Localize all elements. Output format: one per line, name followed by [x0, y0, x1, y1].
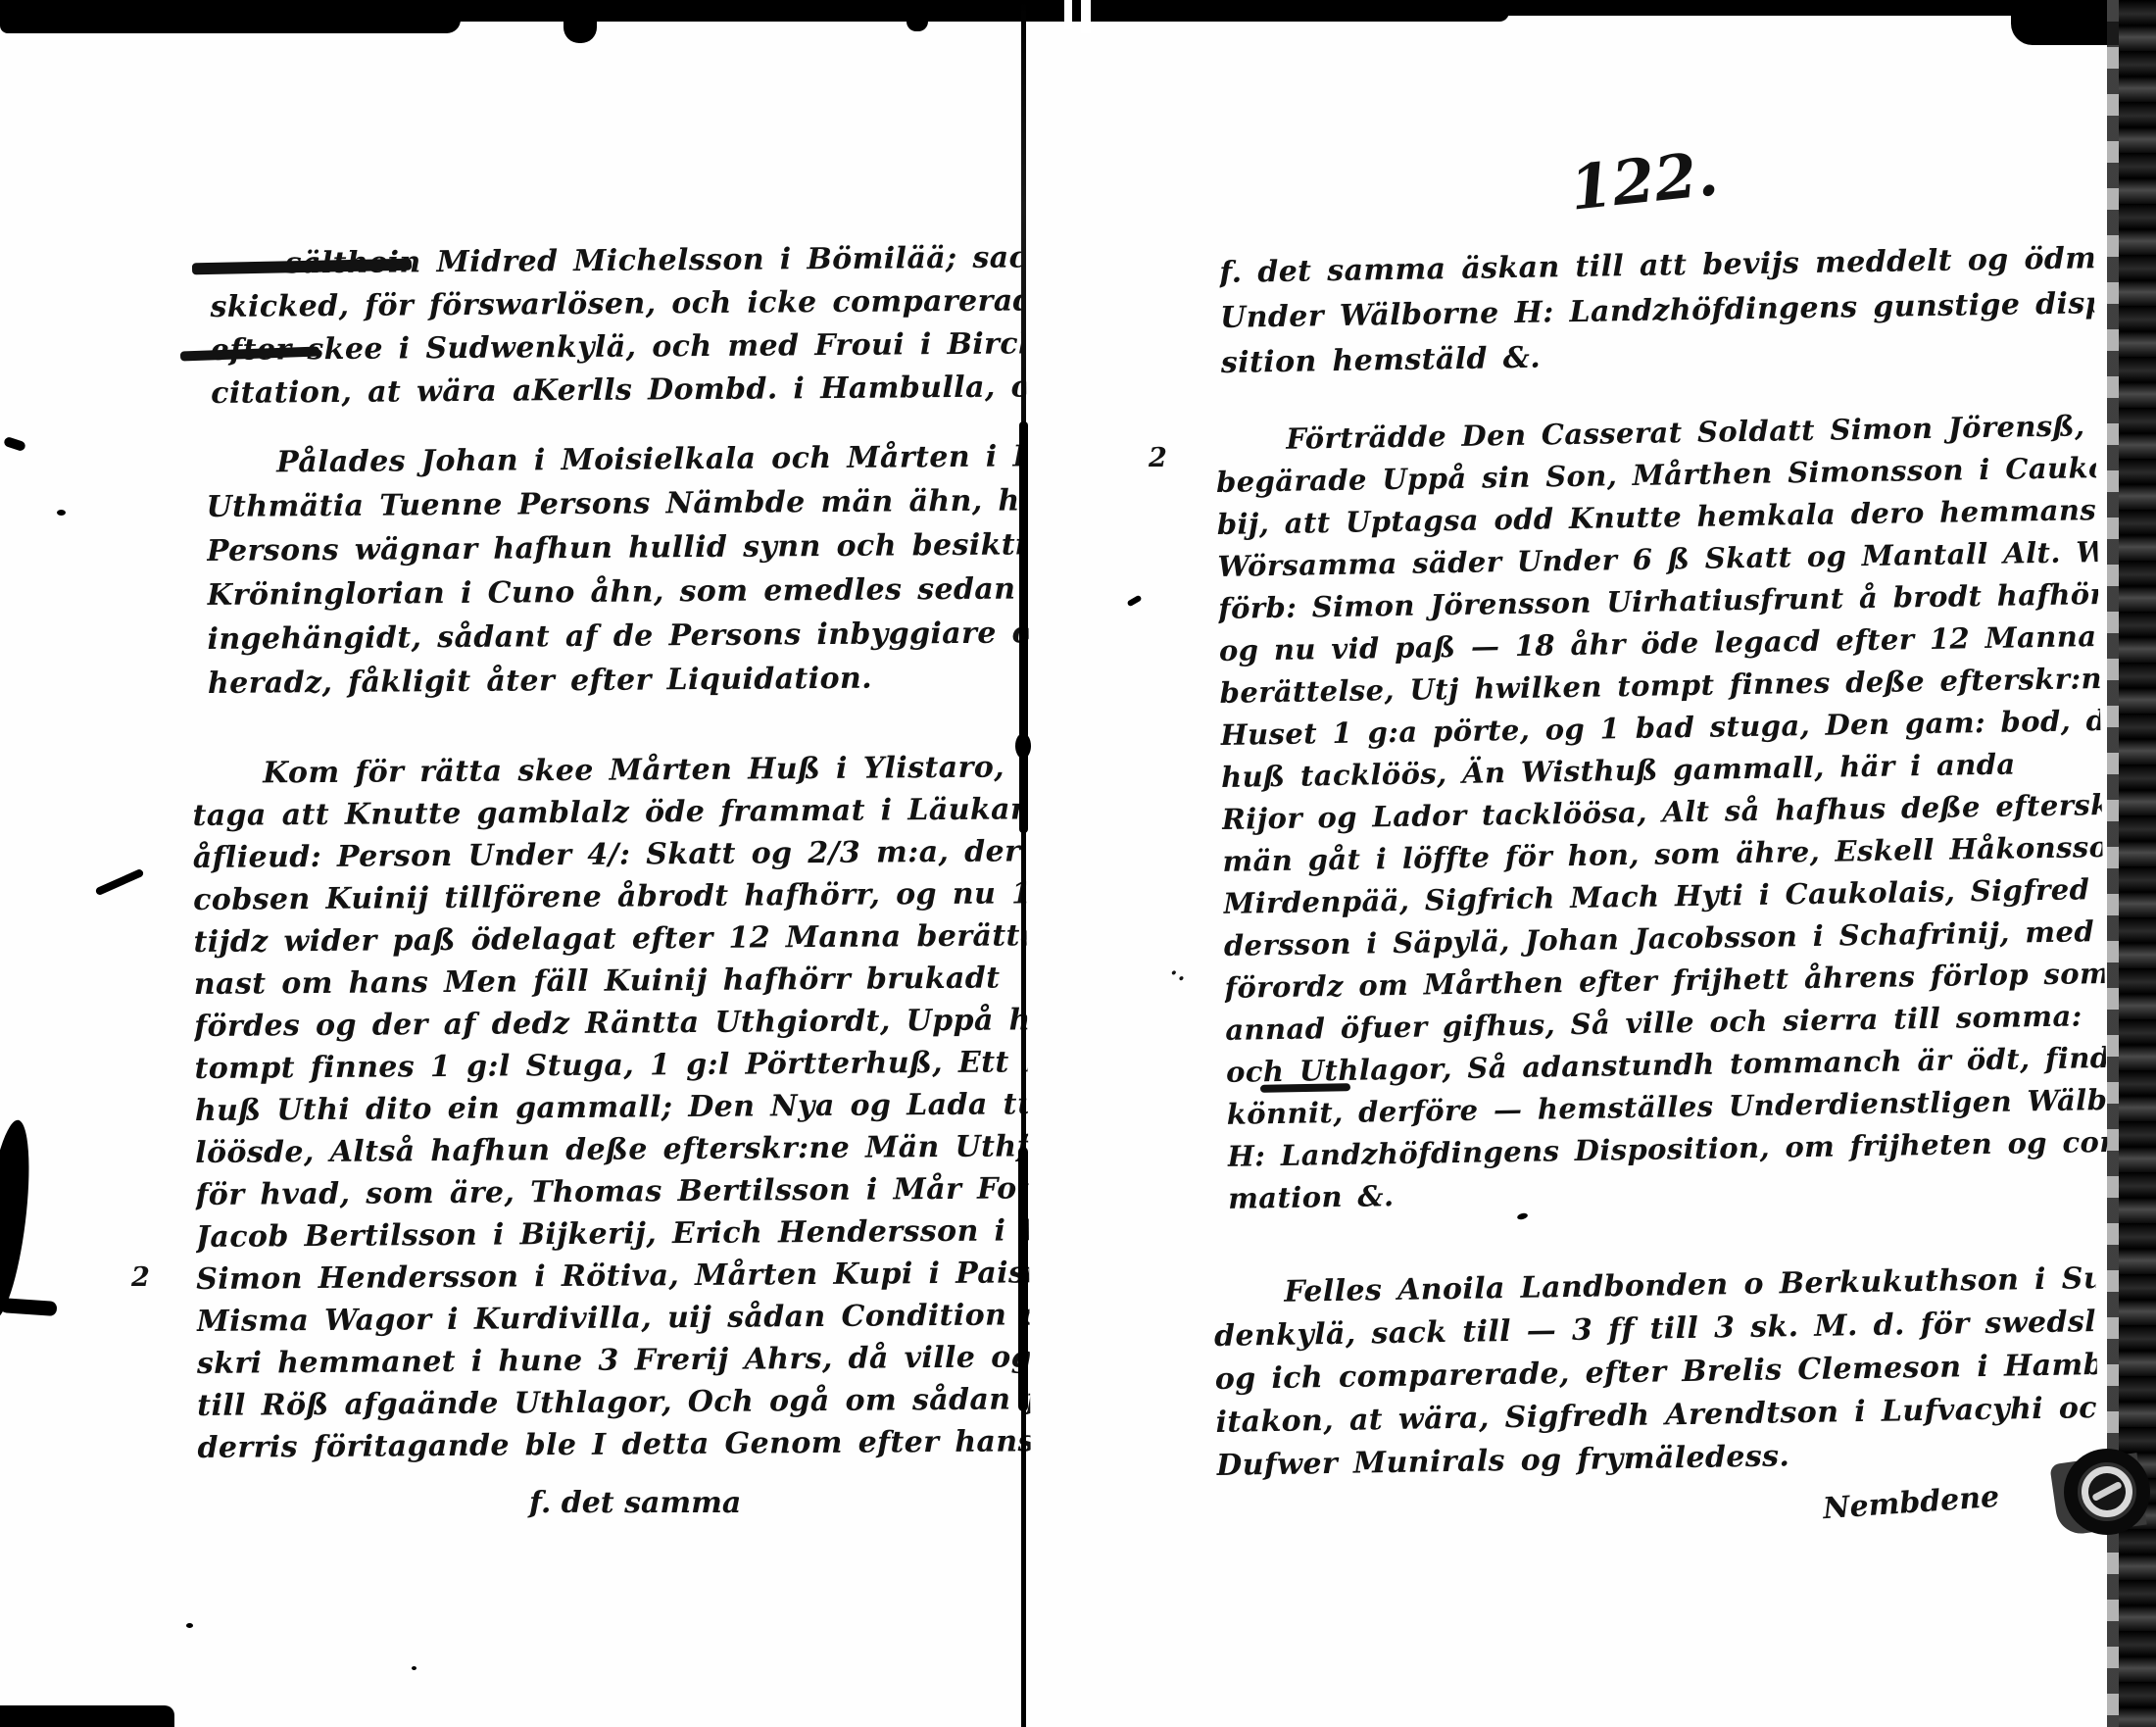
paragraph: Pålades Johan i Moisielkala och Mårten i… [206, 434, 1029, 706]
book-gutter-shadow [1019, 421, 1028, 833]
ink-speck [0, 1298, 57, 1316]
handwriting-line: taga att Knutte gamblalz öde frammat i L… [192, 788, 1025, 837]
ink-speck [186, 1623, 193, 1628]
page-number: 122. [1567, 137, 1722, 223]
ink-speck [412, 1666, 416, 1670]
handwriting-line: Uthmätia Tuenne Persons Nämbde män ähn, … [206, 478, 1027, 529]
handwriting-line: Kröninglorian i Cuno åhn, som emedles se… [207, 567, 1028, 617]
handwriting-line: Jacob Bertilsson i Bijkerij, Erich Hende… [196, 1209, 1029, 1258]
handwriting-line: löösde, Altså hafhun deße efterskr:ne Mä… [195, 1125, 1028, 1174]
scan-edge-blob [906, 0, 928, 31]
handwriting-line: fördes og der af dedz Räntta Uthgiordt, … [194, 999, 1027, 1048]
handwriting-line: Misma Wagor i Kurdivilla, uij sådan Cond… [196, 1294, 1029, 1343]
ink-speck [95, 868, 145, 896]
handwriting-line: derris föritagande ble I detta Genom eft… [197, 1420, 1030, 1469]
paragraph: Felles Anoila Landbonden o Berkukuthson … [1213, 1258, 2099, 1488]
scan-edge-blob [0, 1117, 37, 1321]
handwriting-line: ingehängidt, sådant af de Persons inbygg… [207, 611, 1028, 662]
book-gutter-shadow [1015, 733, 1031, 759]
catchword: f. det samma [529, 1486, 741, 1520]
handwriting-line: till Röß afgaände Uthlagor, Och ogå om s… [197, 1378, 1030, 1427]
margin-mark: 2 [1149, 443, 1167, 473]
manuscript-scan: 122. —— sälthein Midred Michelsson i Böm… [0, 0, 2156, 1727]
handwriting-line: citation, at wära aKerlls Dombd. i Hambu… [211, 366, 1026, 416]
handwriting-line: Kom för rätta skee Mårten Huß i Ylistaro… [192, 746, 1025, 795]
ink-strikethrough [1260, 1083, 1350, 1093]
ink-speck [57, 510, 66, 516]
handwriting-line: Persons wägnar hafhun hullid synn och be… [207, 522, 1028, 573]
ink-speck [3, 436, 26, 452]
handwriting-line: efter skee i Sudwenkylä, och med Froui i… [211, 322, 1026, 372]
scan-edge-top [0, 0, 461, 33]
scan-edge-gap [1081, 0, 1091, 33]
handwriting-line: Pålades Johan i Moisielkala och Mårten i… [206, 434, 1027, 485]
handwriting-line: för hvad, som äre, Thomas Bertilsson i M… [195, 1167, 1028, 1216]
handwriting-line: skri hemmanet i hune 3 Frerij Ahrs, då v… [197, 1336, 1030, 1385]
handwriting-line: åflieud: Person Under 4/: Skatt og 2/3 m… [193, 830, 1026, 879]
paragraph: f. det samma äskan till att bevijs medde… [1219, 236, 2095, 386]
handwriting-line: huß Uthi dito ein gammall; Den Nya og La… [195, 1083, 1028, 1132]
scan-edge-blob [563, 0, 597, 43]
handwriting-line: tompt finnes 1 g:l Stuga, 1 g:l Pörtterh… [194, 1041, 1027, 1090]
handwriting-line: heradz, fåkligit åter efter Liquidation. [208, 655, 1029, 706]
handwriting-line: tijdz wider paß ödelagat efter 12 Manna … [193, 914, 1026, 963]
handwriting-line: nast om hans Men fäll Kuinij hafhörr bru… [194, 957, 1027, 1006]
paragraph: Förträdde Den Casserat Soldatt Simon Jör… [1215, 405, 2108, 1220]
margin-mark: ·. [1170, 961, 1185, 986]
handwriting-line: Simon Hendersson i Rötiva, Mårten Kupi i… [196, 1252, 1029, 1301]
handwriting-line: cobsen Kuinij tillförene åbrodt hafhörr,… [193, 872, 1026, 921]
scribe-footer-word: Nembdene [1822, 1480, 2000, 1526]
book-gutter-shadow [1018, 1147, 1028, 1411]
paragraph: Kom för rätta skee Mårten Huß i Ylistaro… [192, 746, 1031, 1469]
handwriting-line: skicked, för förswarlösen, och icke comp… [210, 279, 1025, 329]
scan-edge-gap [1064, 0, 1072, 29]
book-gutter [1021, 0, 1026, 1727]
ink-speck [1127, 595, 1143, 608]
scan-edge-top [1490, 0, 2038, 16]
scan-edge-bottom [0, 1705, 174, 1727]
margin-mark: 2 [131, 1262, 150, 1293]
